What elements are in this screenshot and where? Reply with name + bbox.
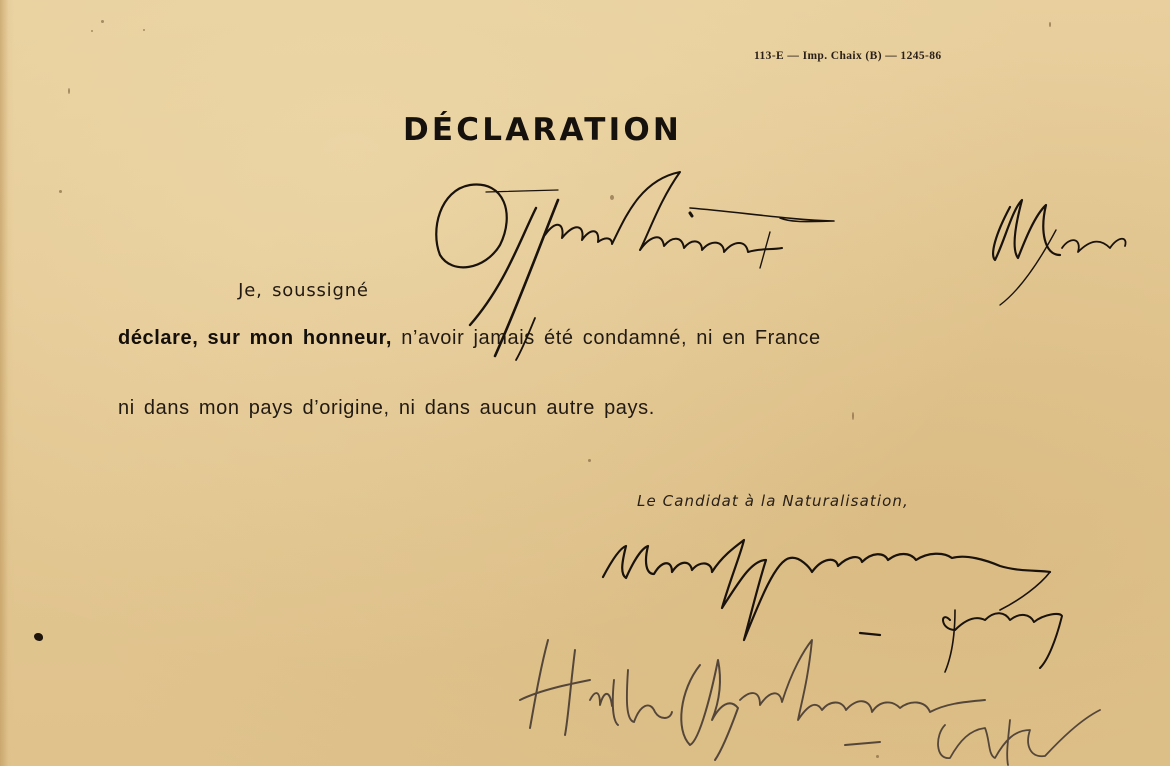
document-title: DÉCLARATION: [403, 112, 682, 148]
ink-blot: [34, 633, 43, 641]
paper-document: 113-E — Imp. Chaix (B) — 1245-86 DÉCLARA…: [0, 0, 1170, 766]
soussigne-label: Je, soussigné: [238, 280, 369, 301]
body-line-3: ni dans mon pays d’origine, ni dans aucu…: [118, 397, 655, 420]
paper-speck: [101, 20, 104, 23]
paper-speck: [588, 459, 591, 462]
page-fold-edge: [0, 0, 14, 766]
signature-caption: Le Candidat à la Naturalisation,: [637, 492, 909, 510]
body-line-1: Je, soussigné: [200, 259, 369, 322]
signature-2-note: — Ehefrau: [840, 705, 1150, 765]
paper-speck: [143, 29, 145, 31]
paper-speck: [852, 412, 854, 420]
paper-speck: [1049, 22, 1051, 27]
honour-declaration-bold: déclare, sur mon honneur,: [118, 327, 392, 349]
paper-speck: [91, 30, 93, 32]
handwritten-declarant-name: Oppenheimer Max: [420, 160, 1160, 360]
paper-speck: [59, 190, 62, 193]
printer-reference: 113-E — Imp. Chaix (B) — 1245-86: [754, 50, 942, 62]
paper-speck: [68, 88, 70, 94]
